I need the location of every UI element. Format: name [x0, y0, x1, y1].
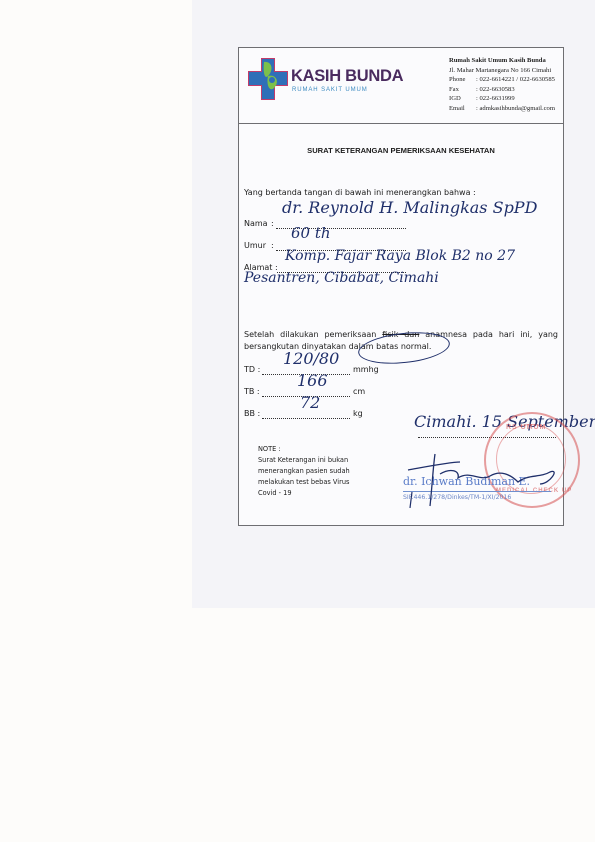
tb-label: TB :: [244, 387, 260, 396]
bb-dotline: [262, 418, 350, 419]
bb-unit: kg: [353, 409, 363, 418]
tb-unit: cm: [353, 387, 365, 396]
contact-fax: Fax: 022-6630583: [449, 85, 555, 95]
contact-igd: IGD: 022-6631999: [449, 94, 555, 104]
contact-phone: Phone: 022-6614221 / 022-6630585: [449, 75, 555, 85]
brand-name: KASIH BUNDA: [291, 67, 403, 86]
nama-label: Nama: [244, 219, 268, 228]
hospital-logo-icon: [248, 58, 288, 100]
intro-text: Yang bertanda tangan di bawah ini menera…: [244, 188, 476, 197]
umur-handwritten: 60 th: [291, 224, 331, 242]
colon: :: [271, 241, 274, 250]
contact-email: Email: admkasihbunda@gmail.com: [449, 104, 555, 114]
stamp-top-text: RS UMUM: [506, 424, 546, 431]
signature-mark: [400, 448, 560, 508]
header-divider: [238, 123, 564, 124]
umur-label: Umur: [244, 241, 266, 250]
note-block: NOTE : Surat Keterangan ini bukan menera…: [258, 444, 350, 499]
nama-handwritten: dr. Reynold H. Malingkas SpPD: [282, 198, 537, 217]
contact-block: Rumah Sakit Umum Kasih Bunda Jl. Mahar M…: [449, 56, 555, 114]
alamat-handwritten-line1: Komp. Fajar Raya Blok B2 no 27: [285, 248, 515, 264]
note-heading: NOTE :: [258, 444, 350, 455]
tb-handwritten: 166: [297, 371, 328, 390]
document-title: SURAT KETERANGAN PEMERIKSAAN KESEHATAN: [238, 146, 564, 155]
colon: :: [271, 219, 274, 228]
td-handwritten: 120/80: [283, 349, 339, 368]
td-unit: mmhg: [353, 365, 379, 374]
bb-handwritten: 72: [300, 393, 320, 412]
brand-subtitle: RUMAH SAKIT UMUM: [292, 87, 368, 93]
td-label: TD :: [244, 365, 260, 374]
alamat-handwritten-line2: Pesantren, Cibabat, Cimahi: [244, 270, 439, 286]
hospital-address: Jl. Mahar Martanegara No 166 Cimahi: [449, 66, 555, 76]
bb-label: BB :: [244, 409, 260, 418]
hospital-name: Rumah Sakit Umum Kasih Bunda: [449, 56, 555, 66]
